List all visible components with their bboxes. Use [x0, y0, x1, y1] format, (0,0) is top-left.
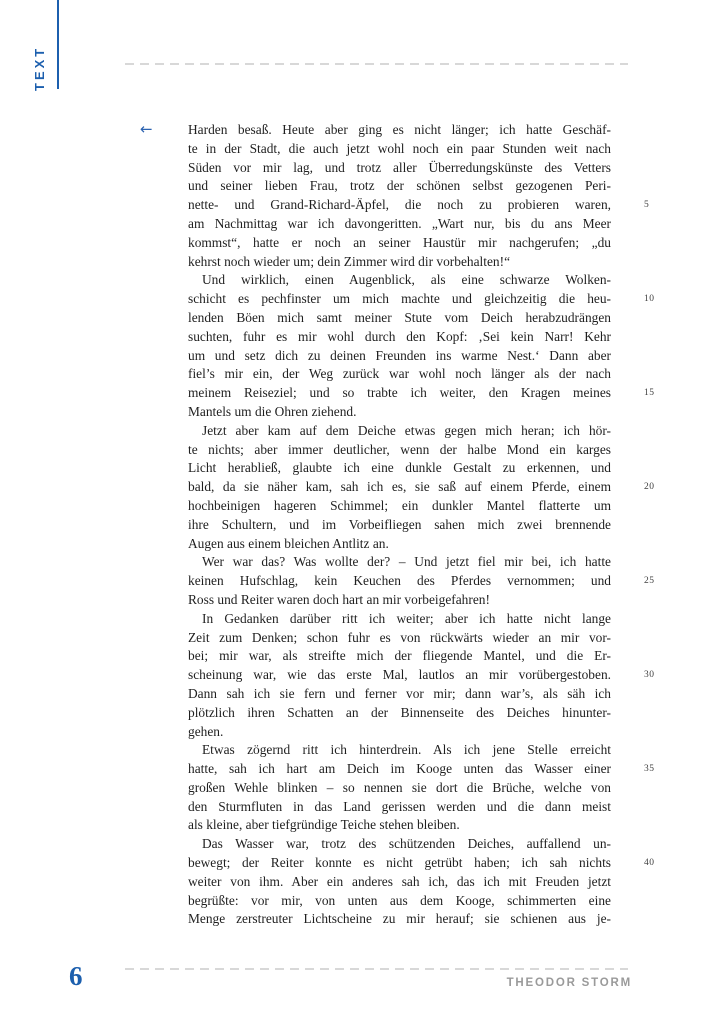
- text-line: schicht es pechfinster um mich machte un…: [188, 290, 611, 309]
- footer-divider: [125, 968, 628, 970]
- text-line: begrüßte: vor mir, von unten aus dem Koo…: [188, 892, 611, 911]
- book-page: TEXT ← Harden besaß. Heute aber ging es …: [0, 0, 719, 1020]
- text-line: keinen Hufschlag, kein Keuchen des Pferd…: [188, 572, 611, 591]
- text-line: als kleine, aber tiefgründige Teiche ste…: [188, 816, 611, 835]
- line-number: 15: [644, 384, 670, 403]
- running-footer-author: THEODOR STORM: [507, 977, 632, 989]
- text-line: te in der Stadt, die auch jetzt wohl noc…: [188, 140, 611, 159]
- line-number: 25: [644, 572, 670, 591]
- text-line: ihre Schultern, und im Vorbeifliegen sah…: [188, 516, 611, 535]
- text-line: kommst“, hatte er noch an seiner Haustür…: [188, 234, 611, 253]
- text-line: gehen.: [188, 723, 611, 742]
- text-line: Augen aus einem bleichen Antlitz an.: [188, 535, 611, 554]
- text-line: Harden besaß. Heute aber ging es nicht l…: [188, 121, 611, 140]
- back-arrow-icon[interactable]: ←: [140, 120, 153, 138]
- text-line: kehrst noch wieder um; dein Zimmer wird …: [188, 253, 611, 272]
- line-number: 35: [644, 760, 670, 779]
- text-line: Zeit zum Denken; schon fuhr es von rückw…: [188, 629, 611, 648]
- text-block: Harden besaß. Heute aber ging es nicht l…: [188, 121, 611, 929]
- text-line: Mantels um die Ohren ziehend.: [188, 403, 611, 422]
- text-line: Süden vor mir lag, und trotz aller Überr…: [188, 159, 611, 178]
- text-line: meinem Reiseziel; und so trabte ich weit…: [188, 384, 611, 403]
- text-line: Das Wasser war, trotz des schützenden De…: [188, 835, 611, 854]
- section-tab-rule: [57, 0, 59, 89]
- text-line: Wer war das? Was wollte der? – Und jetzt…: [188, 553, 611, 572]
- text-line: weiter von ihm. Aber ein anderes sah ich…: [188, 873, 611, 892]
- text-line: Etwas zögernd ritt ich hinterdrein. Als …: [188, 741, 611, 760]
- line-number: 10: [644, 290, 670, 309]
- text-line: scheinung war, wie das erste Mal, lautlo…: [188, 666, 611, 685]
- text-line: hatte, sah ich hart am Deich im Kooge un…: [188, 760, 611, 779]
- text-line: bei; mir war, als streifte mich der flie…: [188, 647, 611, 666]
- text-line: den Sturmfluten in das Land gerissen wer…: [188, 798, 611, 817]
- line-number: 30: [644, 666, 670, 685]
- text-line: Dann sah ich sie fern und ferner vor mir…: [188, 685, 611, 704]
- text-line: Licht herabließ, glaubte ich eine dunkle…: [188, 459, 611, 478]
- text-line: Menge zerstreuter Lichtscheine zu mir he…: [188, 910, 611, 929]
- text-line: hochbeinigen hageren Schimmel; ein dunkl…: [188, 497, 611, 516]
- line-number: 20: [644, 478, 670, 497]
- text-line: te nichts; aber immer deutlicher, wenn d…: [188, 441, 611, 460]
- text-line: lenden Böen mich samt meiner Stute vom D…: [188, 309, 611, 328]
- text-line: bald, da sie näher kam, sah ich es, sie …: [188, 478, 611, 497]
- text-line: plötzlich ihren Schatten an der Binnense…: [188, 704, 611, 723]
- text-line: nette- und Grand-Richard-Äpfel, die noch…: [188, 196, 611, 215]
- text-line: In Gedanken darüber ritt ich weiter; abe…: [188, 610, 611, 629]
- page-number: 6: [69, 962, 83, 992]
- text-line: um und setz dich zu deinen Freunden ins …: [188, 347, 611, 366]
- text-line: Jetzt aber kam auf dem Deiche etwas gege…: [188, 422, 611, 441]
- text-line: am Nachmittag war ich davongeritten. „Wa…: [188, 215, 611, 234]
- text-line: Ross und Reiter waren doch hart an mir v…: [188, 591, 611, 610]
- text-line: fiel’s mir ein, der Weg zurück war wohl …: [188, 365, 611, 384]
- text-line: bewegt; der Reiter konnte es nicht getrü…: [188, 854, 611, 873]
- section-tab-text: TEXT: [32, 46, 47, 91]
- line-number: 40: [644, 854, 670, 873]
- text-line: suchten, fuhr es mir wohl durch den Kopf…: [188, 328, 611, 347]
- text-line: Und wirklich, einen Augenblick, als eine…: [188, 271, 611, 290]
- line-number: 5: [644, 196, 670, 215]
- text-line: großen Wehle blinken – so nennen sie dor…: [188, 779, 611, 798]
- text-line: und seiner lieben Frau, trotz der schöne…: [188, 177, 611, 196]
- header-divider: [125, 63, 628, 65]
